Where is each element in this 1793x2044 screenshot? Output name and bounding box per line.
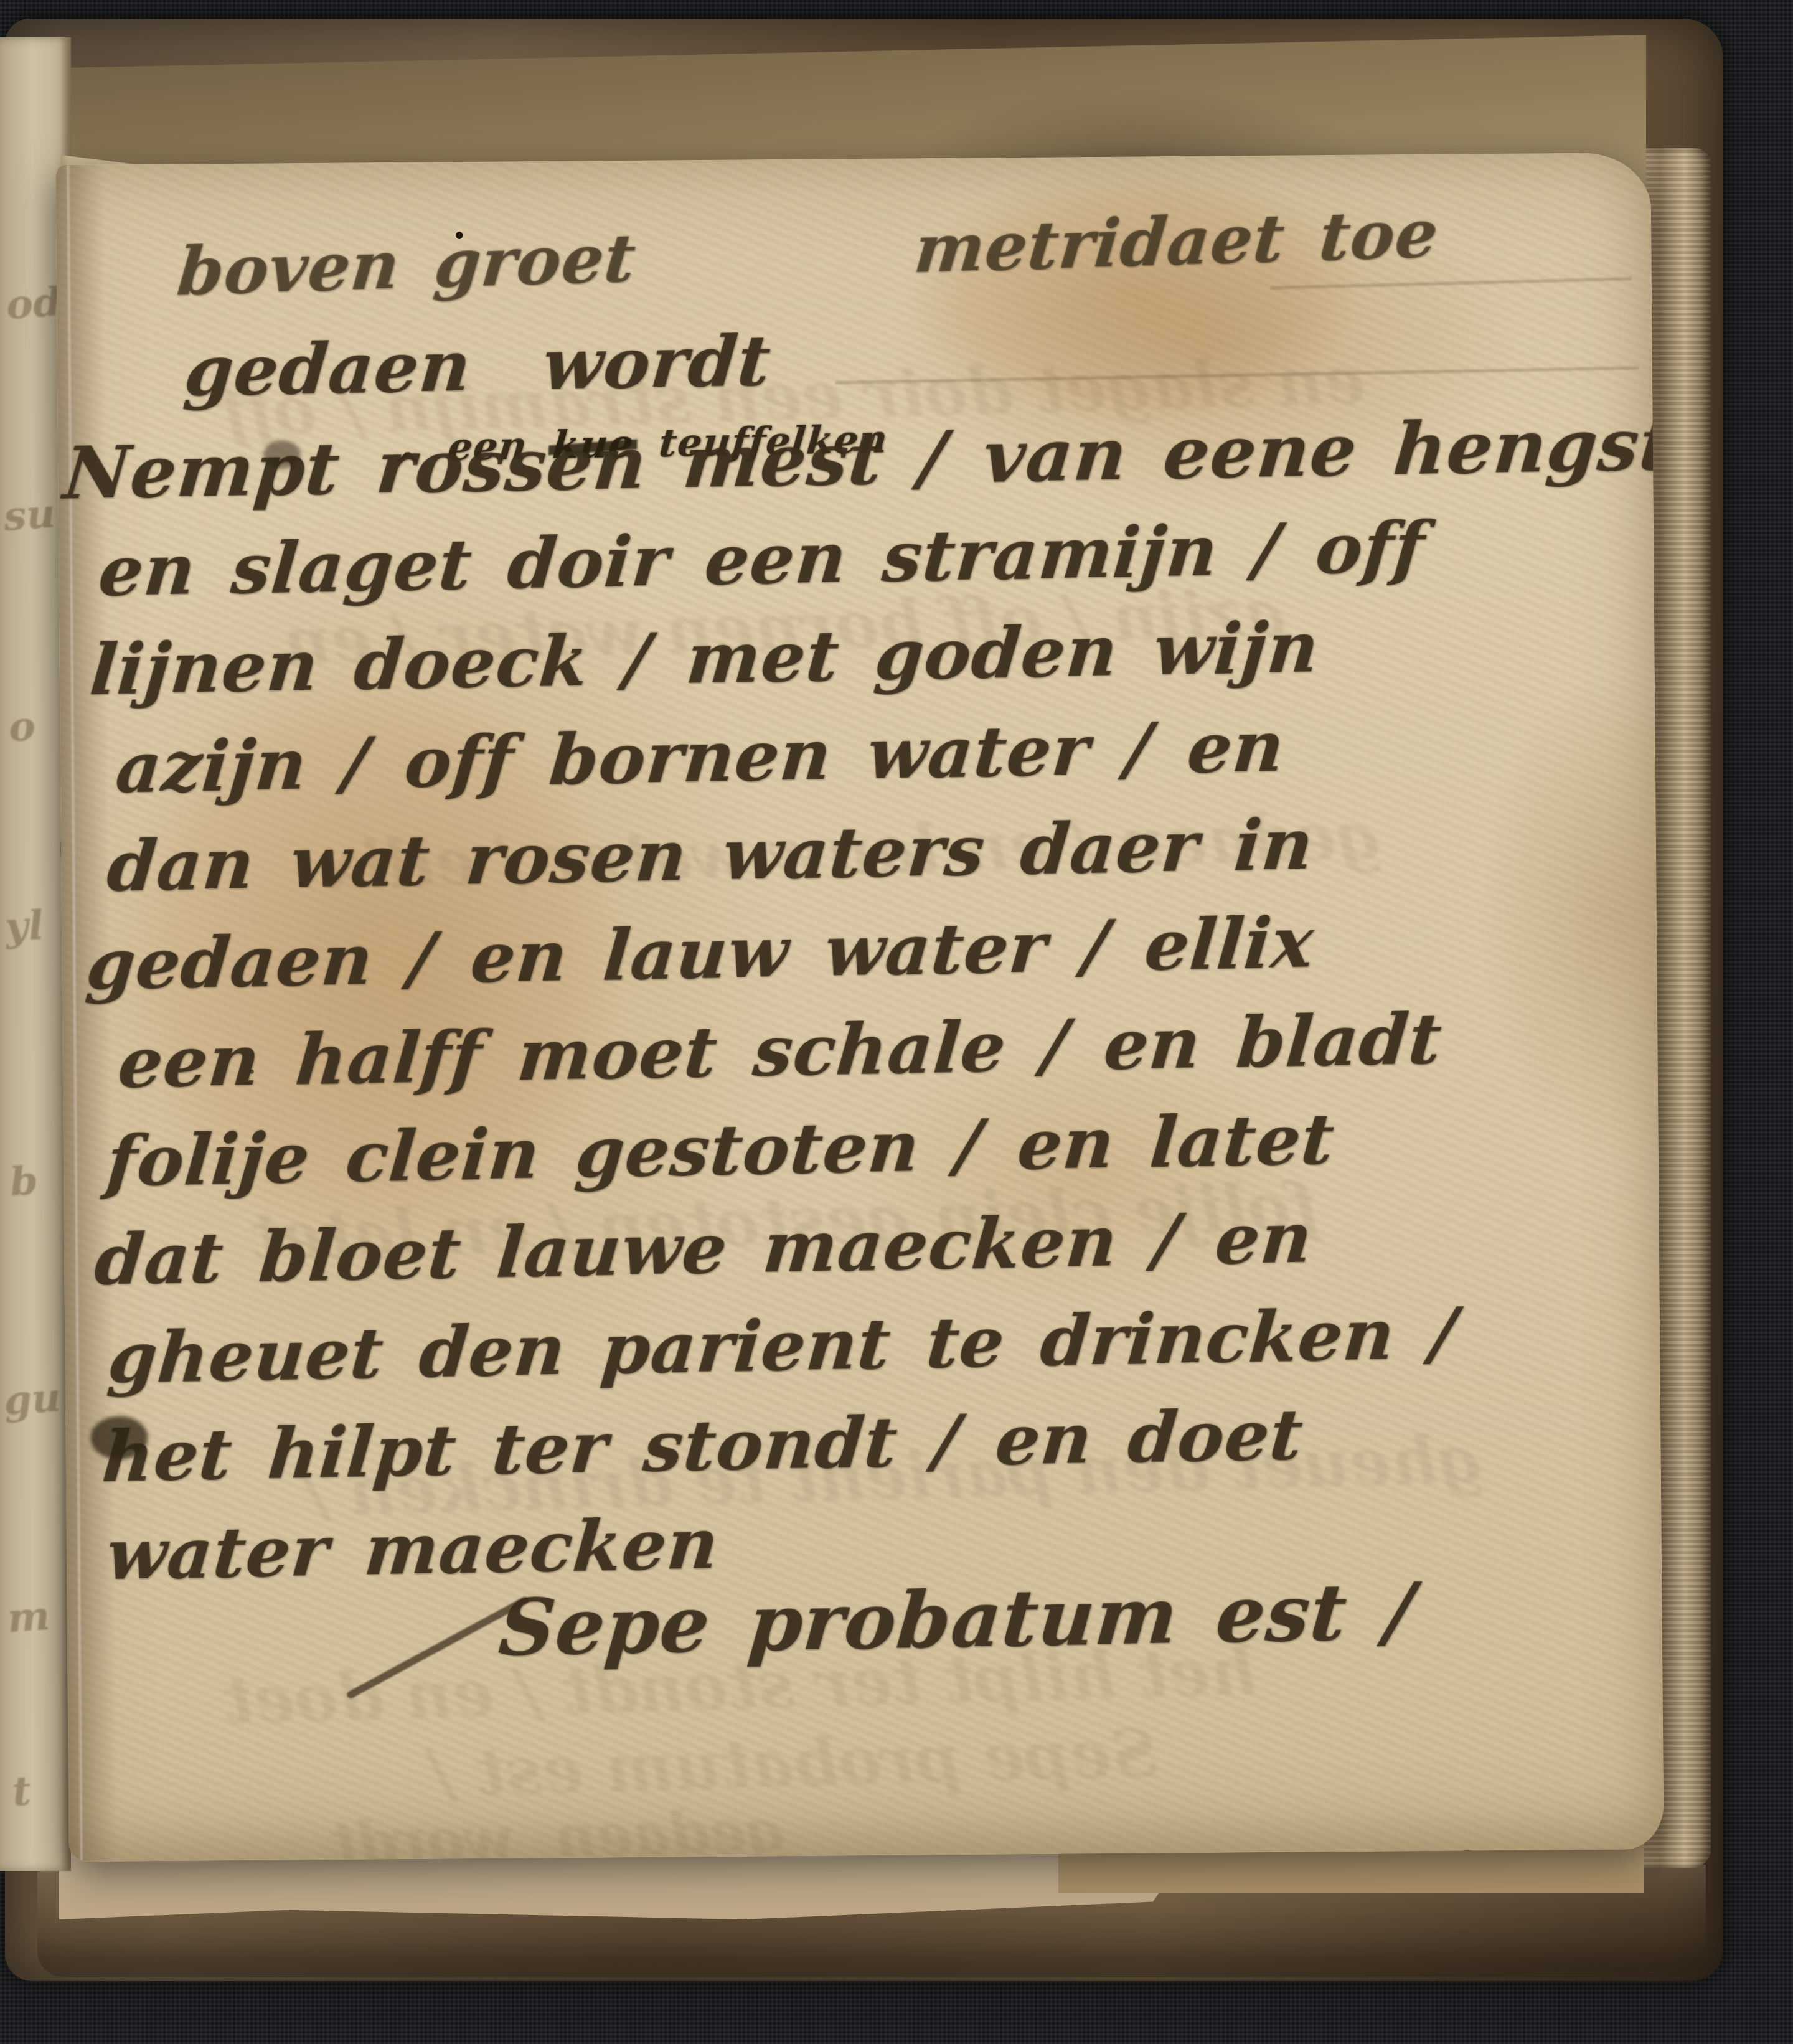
manuscript-photo: od su o yl b gu m t en slaget doir een s… bbox=[0, 0, 1793, 2044]
ink-speck bbox=[456, 232, 463, 239]
margin-fragment: b bbox=[8, 1157, 39, 1206]
margin-fragment: gu bbox=[2, 1374, 62, 1425]
ink-speck bbox=[250, 1070, 254, 1074]
manuscript-line: het hilpt ter stondt / en doet bbox=[100, 1400, 1306, 1492]
manuscript-line: gheuet den parient te drincken / bbox=[105, 1299, 1460, 1394]
margin-fragment: od bbox=[4, 278, 62, 329]
manuscript-line: boven groet metridaet toe bbox=[175, 200, 1441, 305]
ghost-text-line: gedaen wordt bbox=[329, 1801, 786, 1862]
manuscript-line: gedaen / en lauw water / ellix bbox=[83, 908, 1317, 1001]
manuscript-line closing-line: Sepe probatum est / bbox=[496, 1574, 1418, 1668]
margin-fragment: su bbox=[2, 490, 57, 540]
ink-blot bbox=[90, 1416, 148, 1460]
manuscript-line: lijnen doeck / met goden wijn bbox=[88, 613, 1322, 705]
margin-fragment: o bbox=[7, 703, 37, 751]
margin-fragment: m bbox=[6, 1593, 51, 1642]
ghost-text-line: Sepe probatum est / bbox=[428, 1721, 1159, 1807]
manuscript-line: water maecken bbox=[104, 1509, 722, 1590]
manuscript-line: dat bloet lauwe maecken / en bbox=[92, 1203, 1315, 1296]
ink-blot bbox=[263, 440, 301, 469]
manuscript-line: azijn / off bornen water / en bbox=[113, 712, 1287, 803]
manuscript-line: dan wat rosen waters daer in bbox=[105, 810, 1316, 902]
margin-fragment: yl bbox=[3, 902, 45, 951]
margin-fragment: t bbox=[11, 1768, 32, 1816]
manuscript-line: een halff moet schale / en bladt bbox=[116, 1004, 1445, 1098]
manuscript-line: folije clein gestoten / en latet bbox=[104, 1104, 1337, 1197]
manuscript-page: en slaget doir een stramijn / off azijn … bbox=[55, 153, 1664, 1862]
faint-ink-stroke bbox=[1271, 277, 1632, 290]
